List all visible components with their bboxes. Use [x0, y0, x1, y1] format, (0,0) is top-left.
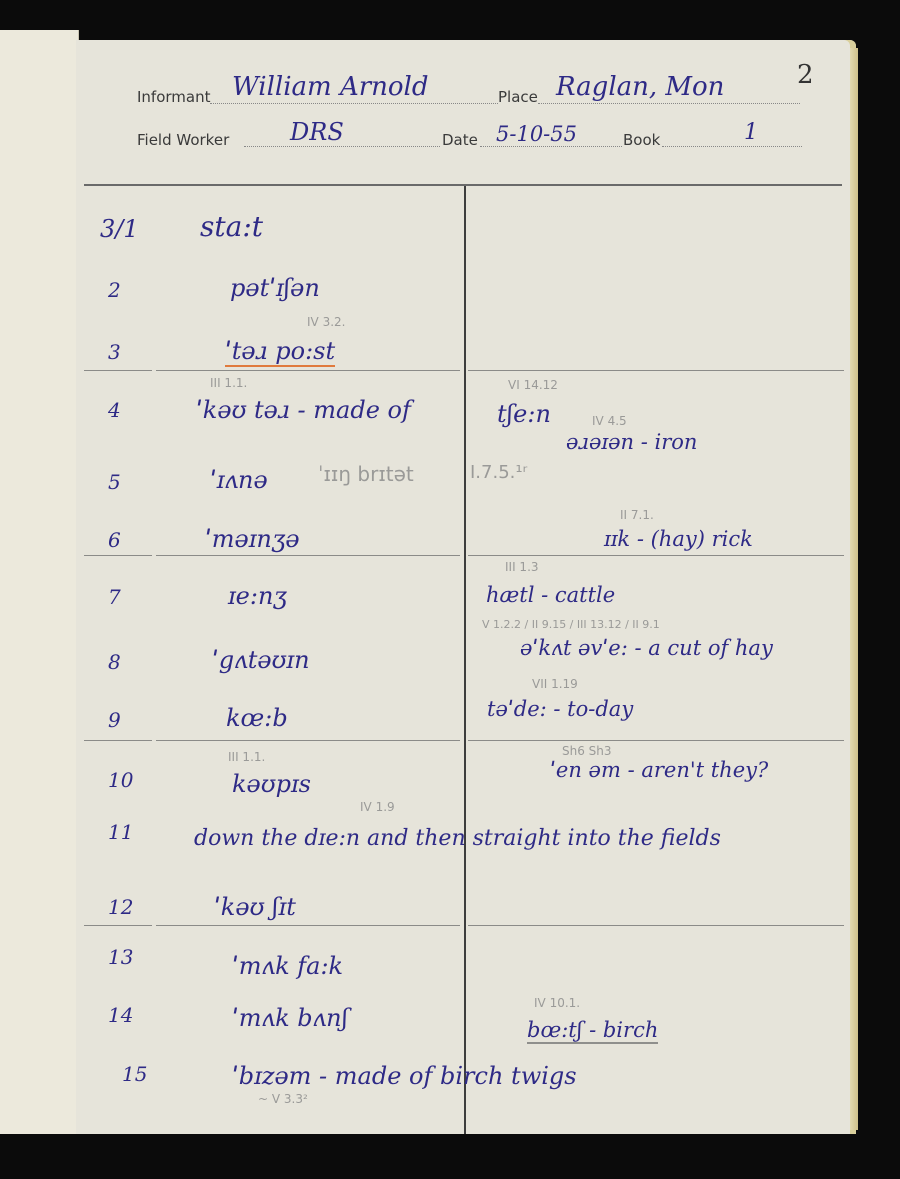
- date-line: [480, 146, 622, 147]
- row-rule: [156, 925, 460, 926]
- entry-number: 10: [108, 768, 133, 792]
- row-rule: [84, 925, 152, 926]
- entry-transcription: pətˈɪʃən: [230, 274, 320, 302]
- informant-line: [210, 103, 498, 104]
- entry-number: 13: [108, 945, 133, 969]
- entry-transcription: ˈbɪzəm - made of birch twigs: [232, 1062, 577, 1090]
- entry-transcription: kəʊpɪs: [232, 770, 311, 798]
- entry-number: 15: [122, 1062, 147, 1086]
- book-line: [662, 146, 802, 147]
- facing-page-edge: [0, 30, 79, 1138]
- reference-note: III 1.3: [505, 560, 539, 574]
- place-value: Raglan, Mon: [556, 72, 724, 102]
- entry-transcription: down the dɪe:n and then straight into th…: [194, 826, 721, 851]
- reference-note: III 1.1.: [228, 750, 265, 764]
- entry-transcription: ˈməɪnʒə: [205, 525, 300, 553]
- entry-transcription: ˈkəʊ ʃɪt: [214, 893, 296, 921]
- reference-note: IV 3.2.: [307, 315, 345, 329]
- reference-note: IV 10.1.: [534, 996, 580, 1010]
- reference-note: I.7.5.¹ʳ: [470, 462, 527, 483]
- reference-note: ~ V 3.3²: [258, 1092, 308, 1106]
- row-rule: [156, 555, 460, 556]
- entry-gloss: hætl - cattle: [486, 583, 615, 607]
- row-rule: [84, 740, 152, 741]
- header-rule: [84, 184, 842, 186]
- page-number: 2: [797, 60, 814, 90]
- reference-note: IV 4.5: [592, 414, 627, 428]
- place-line: [538, 103, 800, 104]
- entry-transcription: kœ:b: [226, 704, 288, 732]
- reference-note: III 1.1.: [210, 376, 247, 390]
- row-rule: [468, 925, 844, 926]
- entry-transcription: ɪe:nʒ: [228, 582, 287, 610]
- entry-number: 12: [108, 895, 133, 919]
- field-worker-label: Field Worker: [137, 131, 229, 149]
- row-rule: [468, 370, 844, 371]
- entry-gloss: əɹəɪən - iron: [566, 430, 697, 454]
- entry-gloss: tʃe:n: [497, 400, 551, 428]
- reference-note: Sh6 Sh3: [562, 744, 612, 758]
- row-rule: [156, 740, 460, 741]
- entry-number: 5: [108, 470, 121, 494]
- entry-gloss: təˈde: - to-day: [487, 697, 633, 721]
- entry-gloss: ɪɪk - (hay) rick: [604, 527, 753, 551]
- row-rule: [468, 555, 844, 556]
- notebook-page: [76, 40, 856, 1134]
- entry-gloss: ˈen əm - aren't they?: [550, 758, 768, 782]
- entry-transcription: sta:t: [200, 210, 263, 243]
- entry-number: 3: [108, 340, 121, 364]
- entry-gloss: bœ:tʃ - birch: [527, 1018, 658, 1044]
- row-rule: [84, 555, 152, 556]
- column-divider: [464, 186, 466, 1134]
- background-surface: [0, 1134, 900, 1179]
- reference-note: V 1.2.2 / II 9.15 / III 13.12 / II 9.1: [482, 618, 660, 631]
- field-worker-line: [244, 146, 440, 147]
- entry-transcription: ˈgʌtəʊɪn: [212, 646, 310, 674]
- date-label: Date: [442, 131, 478, 149]
- entry-number: 11: [108, 820, 133, 844]
- entry-number: 2: [108, 278, 121, 302]
- entry-transcription: ˈmʌk fa:k: [232, 952, 343, 980]
- entry-number: 3/1: [100, 215, 139, 243]
- pencil-note: ˈɪɪŋ brɪtət: [318, 462, 414, 486]
- entry-number: 14: [108, 1003, 133, 1027]
- page-stack-edge: [850, 48, 858, 1130]
- entry-number: 8: [108, 650, 121, 674]
- row-rule: [84, 370, 152, 371]
- reference-note: IV 1.9: [360, 800, 395, 814]
- entry-transcription: ˈɪʌnə: [210, 466, 268, 494]
- reference-note: VI 14.12: [508, 378, 558, 392]
- entry-number: 4: [108, 398, 121, 422]
- entry-transcription: ˈmʌk bʌnʃ: [232, 1004, 348, 1032]
- entry-transcription: ˈkəʊ təɹ - made of: [196, 396, 411, 424]
- book-label: Book: [623, 131, 660, 149]
- date-value: 5-10-55: [496, 122, 577, 146]
- reference-note: VII 1.19: [532, 677, 578, 691]
- informant-label: Informant: [137, 88, 210, 106]
- field-worker-value: DRS: [290, 118, 344, 146]
- reference-note: II 7.1.: [620, 508, 654, 522]
- place-label: Place: [498, 88, 538, 106]
- entry-gloss: əˈkʌt əvˈe: - a cut of hay: [520, 636, 773, 660]
- book-value: 1: [744, 120, 758, 145]
- row-rule: [468, 740, 844, 741]
- informant-value: William Arnold: [232, 72, 429, 102]
- entry-transcription: ˈtəɹ po:st: [225, 337, 335, 367]
- entry-number: 9: [108, 708, 121, 732]
- row-rule: [156, 370, 460, 371]
- entry-number: 6: [108, 528, 121, 552]
- entry-number: 7: [108, 585, 121, 609]
